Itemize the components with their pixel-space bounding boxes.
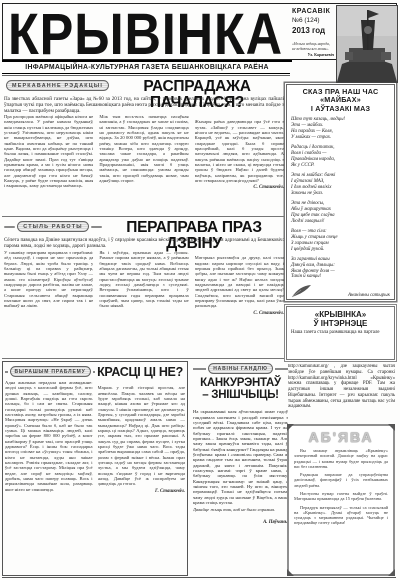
poem-stanza: Эта не дзівосы, Абы ў маршрутках Пра цяб… (291, 201, 390, 225)
article1-col3: Жыхары раёна даведваюцца пра ўсё гэта з … (195, 114, 284, 214)
announcement-box: АБ'ЯВА Вы можаце атрымліваць «Крывінку» … (287, 424, 395, 576)
article1-col1: Пра распродаж маёмасці афіцыйна нічога н… (4, 114, 93, 214)
article4: НАВІНЫ ГАНДЛЮ КАНКУРЭНТАЎ – ЗНІШЧЫЦЬ! На… (193, 361, 288, 576)
article4-closing: Давайце жыць так, каб не было сорамна. (193, 507, 288, 512)
scroll-corner-icon (388, 569, 395, 576)
badge-line (275, 368, 288, 370)
announcement-paragraph: Наступны нумар газеты выйдзе ў траўні. М… (294, 491, 388, 502)
poem-title: СКАЗ ПРА НАШ ЧАС «МАЙБАХ» І АЎТАЗАКІ МАЗ (291, 88, 390, 113)
newspaper-page: КРЫВІНКА КРАСАВІК №6 (124) 2013 год «Нел… (0, 0, 400, 580)
article4-signature: А. Пяўчань. (193, 520, 288, 526)
page-bottom-rule (2, 577, 396, 578)
announcement-paragraph: Перадрук матэрыялаў — толькі са спасылка… (294, 505, 388, 526)
article3-box: ВЫРАШЫМ ПРАБЛЕМУ КРАСЦІ ЦІ НЕ? Адна жанч… (2, 361, 188, 576)
article4-body: На скрыжаванні каля аўтастанцыі шмат гад… (193, 409, 288, 505)
article2-col3: Матэрыял рыхтаваўся да друку, калі стала… (195, 250, 284, 356)
masthead-quote-author: Ул. Караткевіч (292, 53, 334, 57)
newspaper-subtitle: ІНФАРМАЦЫЙНА-КУЛЬТУРНАЯ ГАЗЕТА БЕШАНКОВІ… (2, 60, 292, 71)
poem-stanza: Воля — эта сіла: Жыць у старым свеце З г… (291, 229, 390, 253)
article3-headline: КРАСЦІ ЦІ НЕ? (95, 365, 185, 379)
poem-stanza: Што тут казаць, людцы! Эта — майбах. На … (291, 117, 390, 141)
article2-col2: Як і заўсёды, прычына адна — грошы. Рамо… (99, 250, 188, 356)
issue-year: 2013 год (292, 26, 334, 35)
article3-col2-text: Мараль у гэтай гісторыі простая, але нев… (98, 385, 186, 486)
article3-columns: Адна жанчына перадала нам апавяданне: лю… (5, 380, 185, 570)
poem-stanza: Радасць і дастатак, Воля і свабода — Пра… (291, 145, 390, 169)
internet-box-text: Наша газета стала размяшчацца на партале (291, 330, 390, 336)
article1-lead: Па звестках абласной газеты «Зара» ад №6… (4, 96, 284, 115)
divider-rule (2, 75, 290, 76)
poem-box: СКАЗ ПРА НАШ ЧАС «МАЙБАХ» І АЎТАЗАКІ МАЗ… (286, 84, 395, 300)
rubric-label: СТЫЛЬ РАБОТЫ (17, 221, 89, 232)
badge-line (4, 226, 15, 228)
scroll-corner-icon (388, 424, 395, 431)
rubric-badge-editorial: МЕРКАВАННЕ РЭДАКЦЫІ (4, 80, 108, 91)
rubric-badge-trade: НАВІНЫ ГАНДЛЮ (193, 363, 288, 374)
internet-box: «КРЫВІНКА» Ў ІНТЭРНЭЦЕ Наша газета стала… (286, 306, 395, 360)
scroll-corner-icon (287, 424, 294, 431)
announcement-paragraph: Вы можаце атрымліваць «Крывінку» электро… (294, 448, 388, 469)
announcement-title: АБ'ЯВА (294, 429, 388, 445)
newspaper-title: КРЫВІНКА (8, 11, 283, 59)
section-divider (2, 358, 284, 359)
rubric-badge-problem: ВЫРАШЫМ ПРАБЛЕМУ (5, 366, 95, 377)
badge-line (91, 226, 102, 228)
quill-icon (291, 284, 313, 298)
article4-headline: КАНКУРЭНТАЎ – ЗНІШЧЫЦЬ! (193, 377, 288, 401)
announcement-paragraph: Рэдакцыя запрашае да супрацоўніцтва дапі… (294, 472, 388, 488)
article2-col1: У сакавіку пераправа працавала з перабоя… (4, 250, 93, 356)
masthead-photo (336, 5, 398, 83)
article4-text: На скрыжаванні каля аўтастанцыі шмат гад… (193, 404, 288, 562)
poem-signature: Ананімны сатырык (348, 293, 390, 298)
rubric-label: НАВІНЫ ГАНДЛЮ (208, 363, 272, 374)
masthead-quote: «Нельга ведаць народа, не ведаючы яго мо… (292, 42, 334, 51)
rubric-label: ВЫРАШЫМ ПРАБЛЕМУ (10, 366, 91, 377)
scroll-corner-icon (287, 569, 294, 576)
issue-month: КРАСАВІК (292, 8, 334, 15)
issue-number: №6 (124) (292, 17, 334, 24)
internet-box-continuation: http://kamunikat.org/ , дзе зацікаўлены … (288, 364, 395, 420)
issue-info: КРАСАВІК №6 (124) 2013 год (292, 8, 334, 35)
article2-signature: С. Сташкевіч. (195, 311, 284, 317)
divider-rule (2, 73, 290, 74)
poem-stanza: Эта ні майбах: банкі І аўтазакі МАЗ, І д… (291, 173, 390, 197)
article2-lead: Сёлета паводка на Дзвіне зацягнулася над… (4, 237, 284, 249)
section-divider (2, 216, 284, 217)
rubric-label: МЕРКАВАННЕ РЭДАКЦЫІ (6, 80, 109, 91)
article1-columns: Пра распродаж маёмасці афіцыйна нічога н… (4, 114, 284, 214)
article3-header: ВЫРАШЫМ ПРАБЛЕМУ КРАСЦІ ЦІ НЕ? (5, 364, 185, 379)
article1-col3-text: Жыхары раёна даведваюцца пра ўсё гэта з … (195, 119, 284, 183)
rubric-badge-workstyle: СТЫЛЬ РАБОТЫ (4, 221, 102, 232)
monument-ship-illustration (337, 6, 397, 82)
article3-col2: Мараль у гэтай гісторыі простая, але нев… (98, 380, 186, 570)
article2-columns: У сакавіку пераправа працавала з перабоя… (4, 250, 284, 356)
badge-line (5, 371, 8, 373)
badge-line (193, 368, 206, 370)
article2-col3-text: Матэрыял рыхтаваўся да друку, калі стала… (195, 255, 284, 308)
article3-signature: Г. Сташкевіч. (98, 489, 186, 495)
article3-col1: Адна жанчына перадала нам апавяданне: лю… (5, 380, 93, 570)
internet-box-title: «КРЫВІНКА» Ў ІНТЭРНЭЦЕ (291, 310, 390, 328)
article1-col2: Між тым вось-вось пачнецца пасяўная камп… (99, 114, 188, 214)
poem-stanza: За гарантыі вашы Дзякуй вам, дзяльцы: Як… (291, 257, 390, 281)
article1-signature: С. Сташкевіч. (195, 185, 284, 191)
